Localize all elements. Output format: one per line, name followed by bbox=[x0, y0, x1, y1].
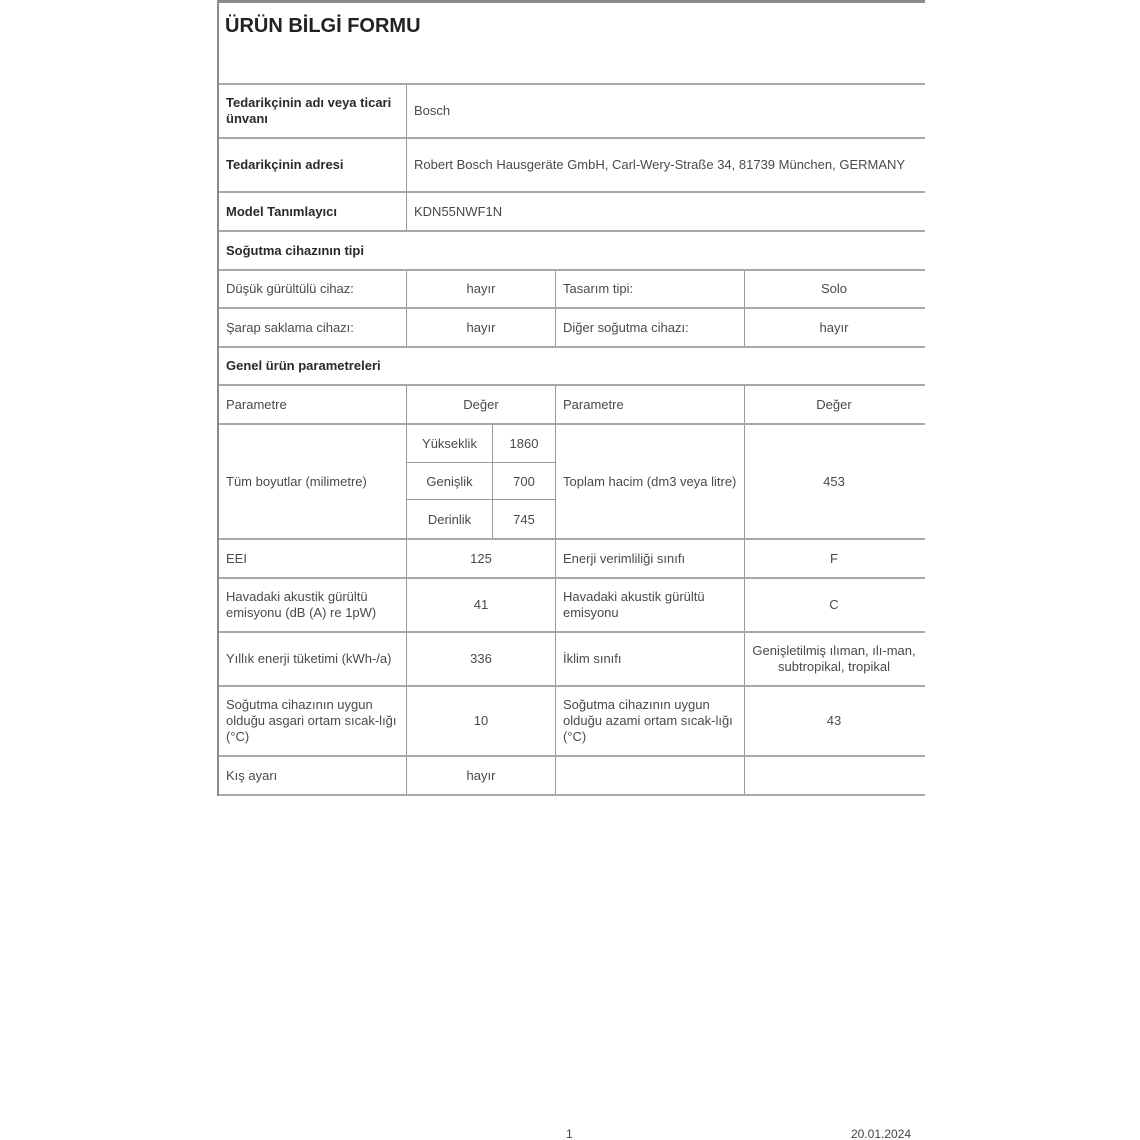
param-label: Enerji verimliliği sınıfı bbox=[556, 540, 745, 577]
params-heading-row: Genel ürün parametreleri bbox=[219, 348, 925, 386]
param-value: 125 bbox=[407, 540, 556, 577]
param-row: Soğutma cihazının uygun olduğu asgari or… bbox=[219, 687, 925, 757]
model-value: KDN55NWF1N bbox=[407, 193, 923, 230]
params-heading: Genel ürün parametreleri bbox=[219, 348, 923, 384]
column-header-value: Değer bbox=[407, 386, 556, 423]
device-type-value: Solo bbox=[745, 271, 923, 307]
param-label: İklim sınıfı bbox=[556, 633, 745, 685]
device-type-label: Düşük gürültülü cihaz: bbox=[219, 271, 407, 307]
device-type-label: Diğer soğutma cihazı: bbox=[556, 309, 745, 346]
device-type-value: hayır bbox=[407, 271, 556, 307]
dimension-label: Derinlik bbox=[407, 500, 493, 538]
volume-label: Toplam hacim (dm3 veya litre) bbox=[556, 425, 745, 538]
dimension-width-row: Genişlik 700 bbox=[407, 463, 555, 501]
column-header-parameter: Parametre bbox=[219, 386, 407, 423]
device-type-heading-row: Soğutma cihazının tipi bbox=[219, 232, 925, 271]
dimension-value: 1860 bbox=[493, 425, 555, 462]
param-value bbox=[745, 757, 923, 794]
param-label: Havadaki akustik gürültü emisyonu bbox=[556, 579, 745, 631]
supplier-name-value: Bosch bbox=[407, 85, 923, 137]
volume-value: 453 bbox=[745, 425, 923, 538]
footer-date: 20.01.2024 bbox=[851, 1127, 911, 1140]
param-label: Kış ayarı bbox=[219, 757, 407, 794]
model-label: Model Tanımlayıcı bbox=[219, 193, 407, 230]
product-info-sheet: ÜRÜN BİLGİ FORMU Tedarikçinin adı veya t… bbox=[217, 0, 925, 796]
device-type-value: hayır bbox=[745, 309, 923, 346]
page-number: 1 bbox=[566, 1127, 573, 1140]
column-header-parameter: Parametre bbox=[556, 386, 745, 423]
param-row: Havadaki akustik gürültü emisyonu (dB (A… bbox=[219, 579, 925, 633]
device-type-label: Şarap saklama cihazı: bbox=[219, 309, 407, 346]
param-label: Havadaki akustik gürültü emisyonu (dB (A… bbox=[219, 579, 407, 631]
device-type-row: Düşük gürültülü cihaz: hayır Tasarım tip… bbox=[219, 271, 925, 309]
device-type-label: Tasarım tipi: bbox=[556, 271, 745, 307]
param-label: EEI bbox=[219, 540, 407, 577]
document-title: ÜRÜN BİLGİ FORMU bbox=[219, 3, 427, 50]
dimension-label: Yükseklik bbox=[407, 425, 493, 462]
param-value: 41 bbox=[407, 579, 556, 631]
model-row: Model Tanımlayıcı KDN55NWF1N bbox=[219, 193, 925, 232]
param-value: hayır bbox=[407, 757, 556, 794]
device-type-row: Şarap saklama cihazı: hayır Diğer soğutm… bbox=[219, 309, 925, 348]
device-type-value: hayır bbox=[407, 309, 556, 346]
dimension-label: Genişlik bbox=[407, 463, 493, 500]
param-row: EEI 125 Enerji verimliliği sınıfı F bbox=[219, 540, 925, 579]
dimension-value: 745 bbox=[493, 500, 555, 538]
dimension-depth-row: Derinlik 745 bbox=[407, 500, 555, 538]
dimension-value: 700 bbox=[493, 463, 555, 500]
param-row: Kış ayarı hayır bbox=[219, 757, 925, 796]
param-value: C bbox=[745, 579, 923, 631]
column-header-value: Değer bbox=[745, 386, 923, 423]
supplier-address-row: Tedarikçinin adresi Robert Bosch Hausger… bbox=[219, 139, 925, 193]
param-value: 43 bbox=[745, 687, 923, 755]
device-type-heading: Soğutma cihazının tipi bbox=[219, 232, 923, 269]
dimensions-label: Tüm boyutlar (milimetre) bbox=[219, 425, 407, 538]
dimensions-row: Tüm boyutlar (milimetre) Yükseklik 1860 … bbox=[219, 425, 925, 540]
param-value: Genişletilmiş ılıman, ılı-man, subtropik… bbox=[745, 633, 923, 685]
title-row: ÜRÜN BİLGİ FORMU bbox=[219, 3, 925, 85]
param-value: F bbox=[745, 540, 923, 577]
dimension-height-row: Yükseklik 1860 bbox=[407, 425, 555, 463]
param-label: Yıllık enerji tüketimi (kWh-/a) bbox=[219, 633, 407, 685]
param-label: Soğutma cihazının uygun olduğu azami ort… bbox=[556, 687, 745, 755]
param-value: 336 bbox=[407, 633, 556, 685]
param-row: Yıllık enerji tüketimi (kWh-/a) 336 İkli… bbox=[219, 633, 925, 687]
supplier-name-label: Tedarikçinin adı veya ticari ünvanı bbox=[219, 85, 407, 137]
dimensions-subtable: Yükseklik 1860 Genişlik 700 Derinlik 745 bbox=[407, 425, 556, 538]
supplier-name-row: Tedarikçinin adı veya ticari ünvanı Bosc… bbox=[219, 85, 925, 139]
param-value: 10 bbox=[407, 687, 556, 755]
param-label bbox=[556, 757, 745, 794]
supplier-address-value: Robert Bosch Hausgeräte GmbH, Carl-Wery-… bbox=[407, 139, 923, 191]
params-header-row: Parametre Değer Parametre Değer bbox=[219, 386, 925, 425]
supplier-address-label: Tedarikçinin adresi bbox=[219, 139, 407, 191]
param-label: Soğutma cihazının uygun olduğu asgari or… bbox=[219, 687, 407, 755]
